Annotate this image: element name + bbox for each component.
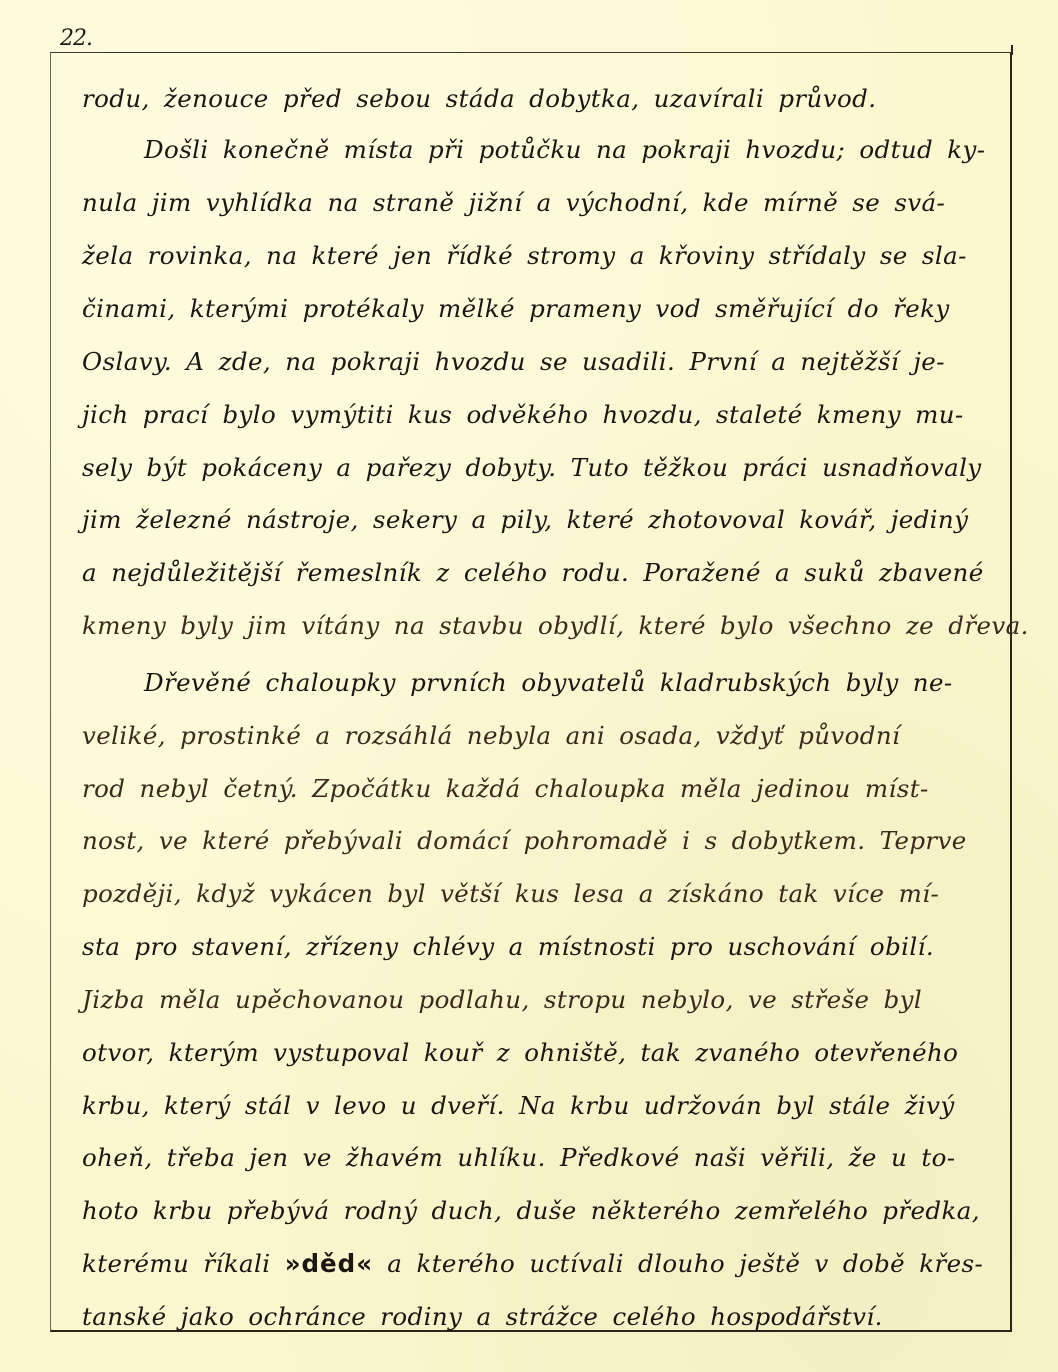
text-line: Oslavy. A zde, na pokraji hvozdu se usad… [82,347,945,376]
text-line: veliké, prostinké a rozsáhlá nebyla ani … [82,721,900,750]
text-line: tanské jako ochránce rodiny a strážce ce… [82,1302,883,1331]
text-line: hoto krbu přebývá rodný duch, duše někte… [82,1196,980,1225]
emphasized-word: »děd« [285,1249,373,1278]
text-line: nost, ve které přebývali domácí pohromad… [82,826,967,855]
paragraph-start-line: Dřevěné chaloupky prvních obyvatelů klad… [144,668,953,697]
text-fragment: a kterého uctívali dlouho ještě v době k… [387,1249,983,1278]
text-line: kterému říkali »děd« a kterého uctívali … [82,1249,983,1278]
text-line: žela rovinka, na které jen řídké stromy … [82,241,967,270]
text-line: Jizba měla upěchovanou podlahu, stropu n… [82,985,922,1014]
page-number: 22. [60,26,92,51]
paragraph-start-line: Došli konečně místa při potůčku na pokra… [144,135,985,164]
text-line: kmeny byly jim vítány na stavbu obydlí, … [82,611,1029,640]
text-line: nula jim vyhlídka na straně jižní a vých… [82,188,945,217]
text-line: jim železné nástroje, sekery a pily, kte… [82,505,968,534]
text-line: jich prací bylo vymýtiti kus odvěkého hv… [82,400,964,429]
text-line: činami, kterými protékaly mělké prameny … [82,294,950,323]
text-line: krbu, který stál v levo u dveří. Na krbu… [82,1091,955,1120]
text-line: oheň, třeba jen ve žhavém uhlíku. Předko… [82,1143,955,1172]
frame-corner-tick [1011,45,1013,55]
text-line: otvor, kterým vystupoval kouř z ohniště,… [82,1038,958,1067]
text-line: rodu, ženouce před sebou stáda dobytka, … [82,84,876,113]
text-line: rod nebyl četný. Zpočátku každá chaloupk… [82,774,929,803]
text-line: a nejdůležitější řemeslník z celého rodu… [82,558,984,587]
text-fragment: kterému říkali [82,1249,270,1278]
text-line: sta pro stavení, zřízeny chlévy a místno… [82,932,934,961]
text-line: později, když vykácen byl větší kus lesa… [82,879,939,908]
text-line: sely být pokáceny a pařezy dobyty. Tuto … [82,453,982,482]
